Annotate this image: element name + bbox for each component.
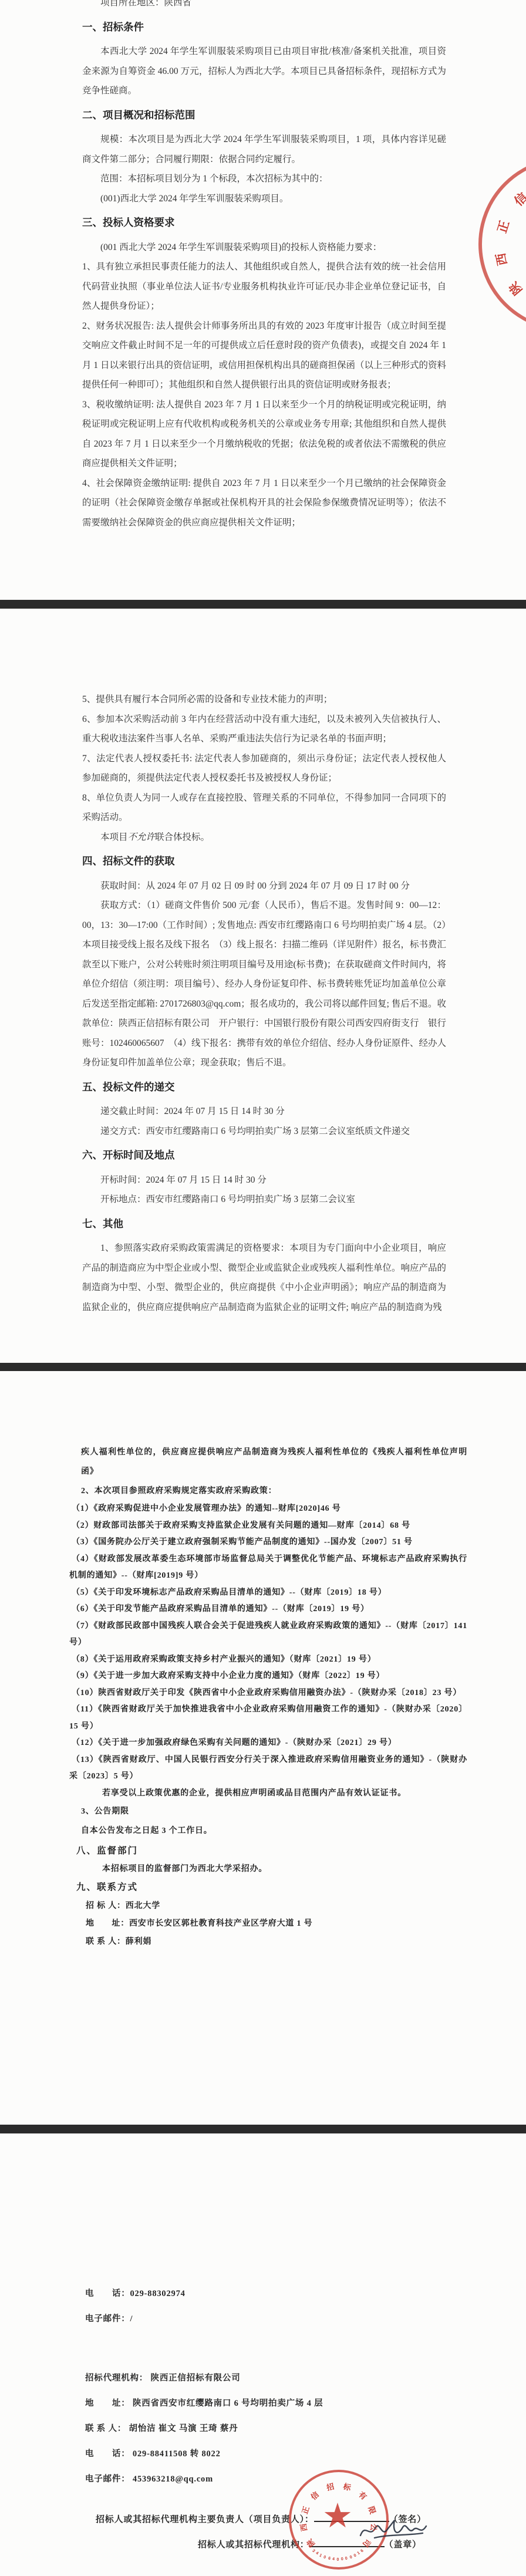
- notice-period-value: 自本公告发布之日起 3 个工作日。: [81, 1821, 467, 1841]
- agency-email-line: 电子邮件： 453963218@qq.com: [85, 2467, 473, 2492]
- signature-label: 招标人或其招标代理机构主要负责人（项目负责人）：: [96, 2515, 314, 2524]
- qualification-item-4: 4、社会保障资金缴纳证明: 提供自 2023 年 7 月 1 日以来至少一个月已…: [82, 474, 446, 533]
- contact-gap: [85, 2332, 473, 2366]
- section-5-heading: 五、投标文件的递交: [82, 1078, 446, 1098]
- seal-character: 0: [337, 2558, 339, 2562]
- agency-phone-line: 电 话： 029-88411508 转 8022: [85, 2442, 473, 2467]
- obtain-method-para: 获取方式：（1）磋商文件售价 500 元/套（人民币），售后不退。发售时间 9：…: [82, 896, 446, 1073]
- section-7-heading: 七、其他: [82, 1214, 446, 1234]
- lot-para: (001)西北大学 2024 年学生军训服装采购项目。: [82, 189, 446, 209]
- seal-character: 西: [297, 2523, 309, 2532]
- no-consortium-line: 本项目不允许联合体投标。: [82, 828, 446, 848]
- qualification-item-6: 6、参加本次采购活动前 3 年内在经营活动中没有重大违纪，以及未被列入失信被执行…: [82, 710, 446, 749]
- qualification-item-1: 1、具有独立承担民事责任能力的法人、其他组织或自然人，提供合法有效的统一社会信用…: [82, 257, 446, 316]
- opening-time-line: 开标时间：2024 年 07 月 15 日 14 时 30 分: [82, 1170, 446, 1190]
- signature-label: 招标人或其招标代理机构：: [198, 2540, 309, 2550]
- policy-benefit-note: 若享受以上政策优惠的企业，提供相应声明函或品目范围内产品有效认证证书。: [86, 1785, 467, 1802]
- policy-doc-5: （5）《关于印发环境标志产品政府采购品目清单的通知》--（财库〔2019〕18 …: [69, 1585, 467, 1602]
- policy-para-1-continued: 疾人福利性单位的，供应商应提供响应产品制造商为残疾人福利性单位的《残疾人福利性单…: [81, 1443, 467, 1481]
- agency-contact-line: 联 系 人： 胡怡洁 崔文 马演 王琦 蔡丹: [85, 2416, 473, 2442]
- tenderer-name-line: 招 标 人：西北大学: [86, 1898, 467, 1916]
- policy-doc-13: （13）《陕西省财政厅、中国人民银行西安分行关于深入推进政府采购信用融资业务的通…: [69, 1752, 467, 1785]
- obtain-time-line: 获取时间：从 2024 年 07 月 02 日 09 时 00 分到 2024 …: [82, 876, 446, 896]
- opening-place-line: 开标地点：西安市红缨路南口 6 号均明拍卖广场 3 层第二会议室: [82, 1190, 446, 1210]
- submission-deadline-line: 递交截止时间：2024 年 07 月 15 日 14 时 30 分: [82, 1102, 446, 1122]
- qualification-item-2: 2、财务状况报告: 法人提供会计师事务所出具的有效的 2023 年度审计报告（成…: [82, 316, 446, 395]
- section-8-heading: 八、监督部门: [76, 1843, 467, 1860]
- tenderer-email-line: 电子邮件：/: [85, 2307, 473, 2332]
- seal-star-icon: ★: [322, 2499, 353, 2533]
- policy-doc-7: （7）《财政部民政部中国残疾人联合会关于促进残疾人就业政府采购政策的通知》--（…: [69, 1618, 467, 1652]
- text-segment: 联合体投标。: [155, 832, 210, 842]
- qualification-item-3: 3、税收缴纳证明: 法人提供自 2023 年 7 月 1 日以来至少一个月的纳税…: [82, 395, 446, 474]
- document-page-2: 5、提供具有履行本合同所必需的设备和专业技术能力的声明；6、参加本次采购活动前 …: [0, 609, 526, 1363]
- section-4-heading: 四、招标文件的获取: [82, 852, 446, 872]
- scanned-tender-notice: { "document": { "pages": [ { "name": "do…: [0, 0, 526, 2576]
- policy-para-2: 2、本次项目参照政府采购规定落实政府采购政策：: [81, 1481, 467, 1501]
- policy-doc-11: （11）《陕西省财政厅关于加快推进我省中小企业政府采购信用融资工作的通知》-（陕…: [69, 1701, 467, 1735]
- section-6-heading: 六、开标时间及地点: [82, 1146, 446, 1166]
- tenderer-phone-line: 电 话：029-88302974: [85, 2281, 473, 2307]
- document-page-4: 电 话：029-88302974电子邮件：/招标代理机构： 陕西正信招标有限公司…: [0, 2133, 526, 2576]
- notice-period-label: 3、公告期限: [81, 1802, 467, 1821]
- document-page-1: 项目所在地区：陕西省一、招标条件本西北大学 2024 年学生军训服装采购项目已由…: [0, 0, 526, 600]
- policy-doc-2: （2）财政部司法部关于政府采购支持监狱企业发展有关问题的通知—财库〔2014〕6…: [69, 1518, 467, 1535]
- qualification-item-8: 8、单位负责人为同一人或存在直接控股、管理关系的不同单位，不得参加同一合同项下的…: [82, 788, 446, 828]
- agency-address-line: 地 址： 陕西省西安市红缨路南口 6 号均明拍卖广场 4 层: [85, 2391, 473, 2416]
- policy-doc-12: （12）《关于进一步加强政府绿色采购有关问题的通知》-（陕财办采〔2021〕29…: [69, 1735, 467, 1752]
- policy-doc-4: （4）《财政部发展改革委生态环境部市场监督总局关于调整优化节能产品、环境标志产品…: [69, 1551, 467, 1585]
- text-segment: 本项目: [100, 832, 128, 842]
- seal-character: 0: [341, 2557, 344, 2561]
- section-9-heading: 九、联系方式: [76, 1879, 467, 1896]
- submission-method-line: 递交方式：西安市红缨路南口 6 号均明拍卖广场 3 层第二会议室纸质文件递交: [82, 1122, 446, 1142]
- page-separator: [0, 600, 526, 609]
- section-3-heading: 三、投标人资格要求: [82, 213, 446, 233]
- project-region-line: 项目所在地区：陕西省: [82, 0, 446, 13]
- seal-character: 4: [332, 2557, 335, 2561]
- scope-para: 范围：本招标项目划分为 1 个标段，本次招标为其中的：: [82, 169, 446, 189]
- policy-doc-8: （8）《关于运用政府采购政策支持乡村产业振兴的通知》（财库〔2021〕19 号）: [69, 1652, 467, 1669]
- tenderer-address-line: 地 址：西安市长安区郭杜教育科技产业区学府大道 1 号: [86, 1915, 467, 1933]
- section-2-heading: 二、项目概况和招标范围: [82, 106, 446, 126]
- document-page-3: 疾人福利性单位的，供应商应提供响应产品制造商为残疾人福利性单位的《残疾人福利性单…: [0, 1371, 526, 2125]
- scale-para: 规模：本次项目是为西北大学 2024 年学生军训服装采购项目，1 项，具体内容详…: [82, 130, 446, 169]
- supervision-line: 本招标项目的监督部门为西北大学采招办。: [86, 1861, 467, 1878]
- qualification-item-5: 5、提供具有履行本合同所必需的设备和专业技术能力的声明；: [82, 690, 446, 710]
- seal-character: 6: [328, 2557, 331, 2561]
- tender-conditions-para: 本西北大学 2024 年学生军训服装采购项目已由项目审批/核准/备案机关批准，项…: [82, 42, 446, 101]
- section-1-heading: 一、招标条件: [82, 18, 446, 38]
- qualification-intro: (001 西北大学 2024 年学生军训服装采购项目)的投标人资格能力要求：: [82, 238, 446, 258]
- page-separator: [0, 2125, 526, 2133]
- seal-character: 公: [368, 2523, 380, 2532]
- policy-doc-1: （1）《政府采购促进中小企业发展管理办法》的通知--财库[2020]46 号: [69, 1501, 467, 1518]
- qualification-item-7: 7、法定代表人授权委托书: 法定代表人参加磋商的，须出示身份证；法定代表人授权他…: [82, 749, 446, 788]
- agency-name-line: 招标代理机构： 陕西正信招标有限公司: [85, 2366, 473, 2391]
- policy-doc-6: （6）《关于印发节能产品政府采购品目清单的通知》--（财库〔2019〕19 号）: [69, 1601, 467, 1618]
- policy-para-1: 1、参照落实政府采购政策需满足的资格要求：本项目为专门面向中小企业项目，响应产品…: [82, 1238, 446, 1317]
- tenderer-contact-line: 联 系 人：薛利娟: [86, 1933, 467, 1952]
- policy-doc-10: （10）陕西省财政厅关于印发《陕西省中小企业政府采购信用融资办法》-（陕财办采〔…: [69, 1685, 467, 1702]
- policy-doc-3: （3）《国务院办公厅关于建立政府强制采购节能产品制度的通知》--国办发〔2007…: [69, 1534, 467, 1551]
- page-separator: [0, 1363, 526, 1371]
- policy-doc-9: （9）《关于进一步加大政府采购支持中小企业力度的通知》（财库〔2022〕19 号…: [69, 1668, 467, 1685]
- text-segment: 不允许: [128, 832, 156, 842]
